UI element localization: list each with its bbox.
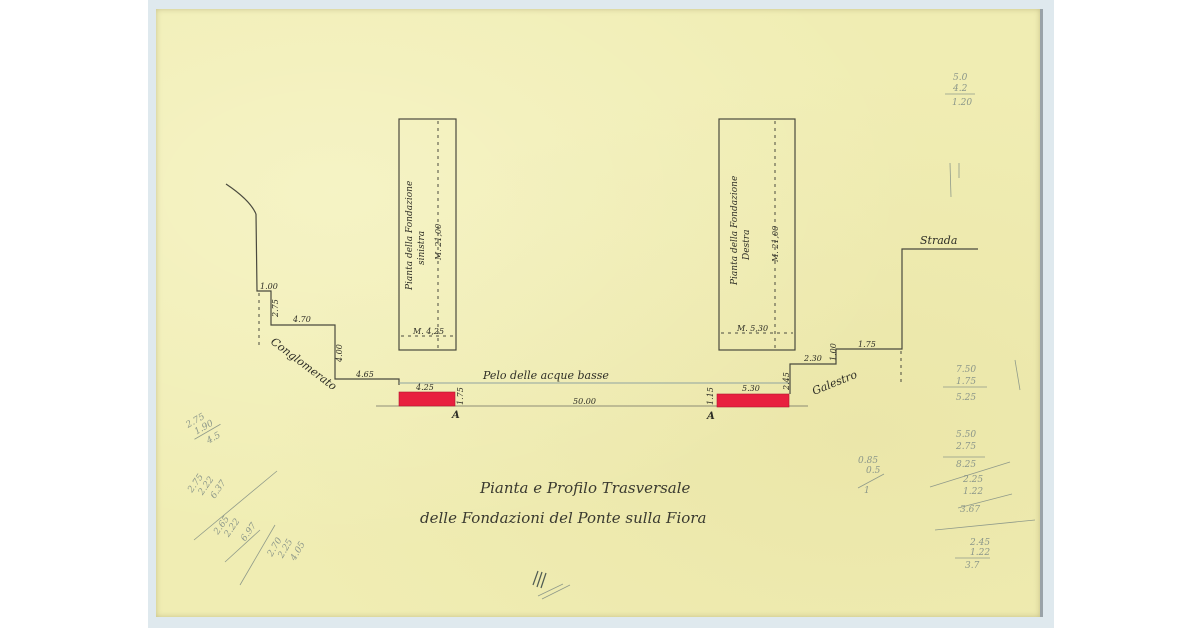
svg-text:2.45: 2.45 bbox=[969, 538, 990, 548]
svg-text:2.45: 2.45 bbox=[782, 372, 791, 391]
svg-text:1.75: 1.75 bbox=[956, 377, 976, 387]
svg-text:2.75: 2.75 bbox=[955, 442, 976, 452]
svg-text:4.2: 4.2 bbox=[952, 84, 968, 94]
right-bank-profile: 2.45 2.30 1.00 1.75 Galestro Strada bbox=[782, 234, 978, 398]
right-foundation-plan: Pianta della Fondazione Destra M. 21,00 … bbox=[719, 119, 795, 350]
left-foundation-plan: Pianta della Fondazione sinistra M. 21,0… bbox=[399, 119, 456, 350]
title-line-2: delle Fondazioni del Ponte sulla Fiora bbox=[420, 509, 706, 527]
svg-text:4.5: 4.5 bbox=[204, 430, 222, 446]
title-line-1: Pianta e Profilo Trasversale bbox=[479, 479, 691, 497]
svg-text:2.75: 2.75 bbox=[271, 299, 280, 318]
svg-text:4.65: 4.65 bbox=[355, 370, 374, 379]
svg-text:3.67: 3.67 bbox=[960, 505, 980, 515]
svg-text:5.30: 5.30 bbox=[742, 384, 760, 393]
svg-text:1.22: 1.22 bbox=[970, 548, 990, 558]
conglomerato-label: Conglomerato bbox=[268, 335, 339, 393]
svg-text:1.00: 1.00 bbox=[260, 282, 278, 291]
svg-text:1.20: 1.20 bbox=[952, 98, 972, 108]
svg-text:2.25: 2.25 bbox=[962, 475, 983, 485]
svg-text:3.7: 3.7 bbox=[965, 561, 980, 571]
svg-text:1.15: 1.15 bbox=[706, 387, 715, 405]
svg-text:0.85: 0.85 bbox=[858, 456, 878, 466]
water-level-label: Pelo delle acque basse bbox=[482, 369, 609, 382]
section-marker-a-left: A bbox=[451, 410, 460, 421]
svg-text:4.70: 4.70 bbox=[292, 315, 311, 324]
galestro-label: Galestro bbox=[810, 368, 859, 398]
left-foundation-block bbox=[399, 392, 455, 406]
svg-text:1: 1 bbox=[864, 486, 870, 496]
svg-text:1.75: 1.75 bbox=[858, 340, 876, 349]
svg-text:1.75: 1.75 bbox=[456, 387, 465, 405]
right-plan-width: M. 5,30 bbox=[736, 324, 768, 333]
strada-label: Strada bbox=[920, 234, 957, 247]
left-plan-width: M. 4,25 bbox=[412, 327, 444, 336]
right-foundation-block bbox=[717, 394, 789, 407]
svg-text:2.30: 2.30 bbox=[803, 354, 822, 363]
right-plan-sublabel: Destra bbox=[742, 230, 752, 261]
svg-text:5.0: 5.0 bbox=[953, 73, 968, 83]
left-plan-sublabel: sinistra bbox=[417, 231, 427, 265]
svg-text:5.25: 5.25 bbox=[956, 393, 976, 403]
engineering-drawing: Pianta della Fondazione sinistra M. 21,0… bbox=[0, 0, 1200, 628]
span-dimension: 50.00 bbox=[573, 397, 596, 406]
svg-text:8.25: 8.25 bbox=[956, 460, 976, 470]
svg-text:5.50: 5.50 bbox=[956, 430, 976, 440]
tally-marks bbox=[533, 571, 570, 599]
svg-text:0.5: 0.5 bbox=[866, 466, 881, 476]
left-plan-length: M. 21,00 bbox=[434, 224, 443, 261]
svg-text:4.25: 4.25 bbox=[415, 383, 434, 392]
svg-text:1.22: 1.22 bbox=[963, 487, 983, 497]
left-bank-profile: 1.00 2.75 4.70 4.00 4.65 Conglomerato bbox=[226, 184, 399, 393]
svg-text:7.50: 7.50 bbox=[956, 365, 976, 375]
svg-text:4.00: 4.00 bbox=[335, 344, 344, 363]
drawing-title: Pianta e Profilo Trasversale delle Fonda… bbox=[420, 479, 706, 527]
left-pier-foundation: 4.25 1.75 A bbox=[399, 383, 465, 421]
right-plan-length: M. 21,00 bbox=[771, 226, 780, 263]
left-plan-label: Pianta della Fondazione bbox=[405, 181, 415, 291]
section-marker-a-right: A bbox=[706, 411, 715, 422]
svg-text:1.00: 1.00 bbox=[829, 343, 838, 361]
right-pier-foundation: 5.30 1.15 A bbox=[706, 384, 789, 422]
right-plan-label: Pianta della Fondazione bbox=[730, 176, 740, 286]
